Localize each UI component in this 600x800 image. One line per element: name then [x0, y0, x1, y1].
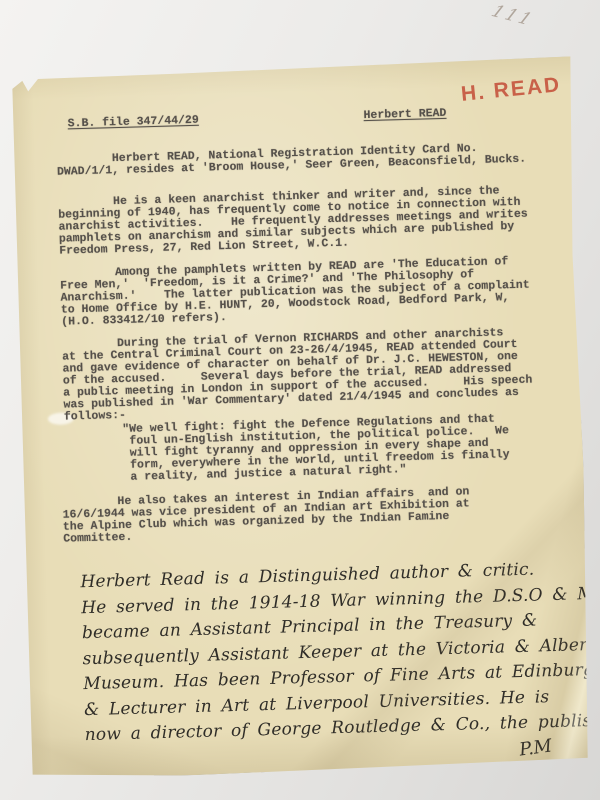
file-reference: S.B. file 347/44/29	[68, 115, 199, 131]
paragraph-trial: During the trial of Vernon RICHARDS and …	[62, 327, 533, 424]
pencil-mark: 111	[488, 2, 538, 30]
speech-quote-block: "We well fight: fight the Defence Regula…	[122, 413, 510, 484]
paragraph-pamphlets: Among the pamphlets written by READ are …	[60, 256, 531, 329]
paragraph-identity-card: Herbert READ, National Registration Iden…	[57, 142, 527, 179]
red-crayon-annotation: H. READ	[460, 73, 562, 107]
document-paper: H. READ S.B. file 347/44/29 Herbert READ…	[10, 56, 592, 779]
handwritten-initials: P.M	[518, 736, 553, 761]
paragraph-indian-affairs: He also takes an interest in Indian affa…	[62, 486, 470, 545]
document-subject: Herbert READ	[363, 108, 446, 122]
paragraph-anarchist-activities: He is a keen anarchist thinker and write…	[58, 185, 529, 258]
handwritten-note: Herbert Read is a Distinguished author &…	[80, 555, 600, 749]
